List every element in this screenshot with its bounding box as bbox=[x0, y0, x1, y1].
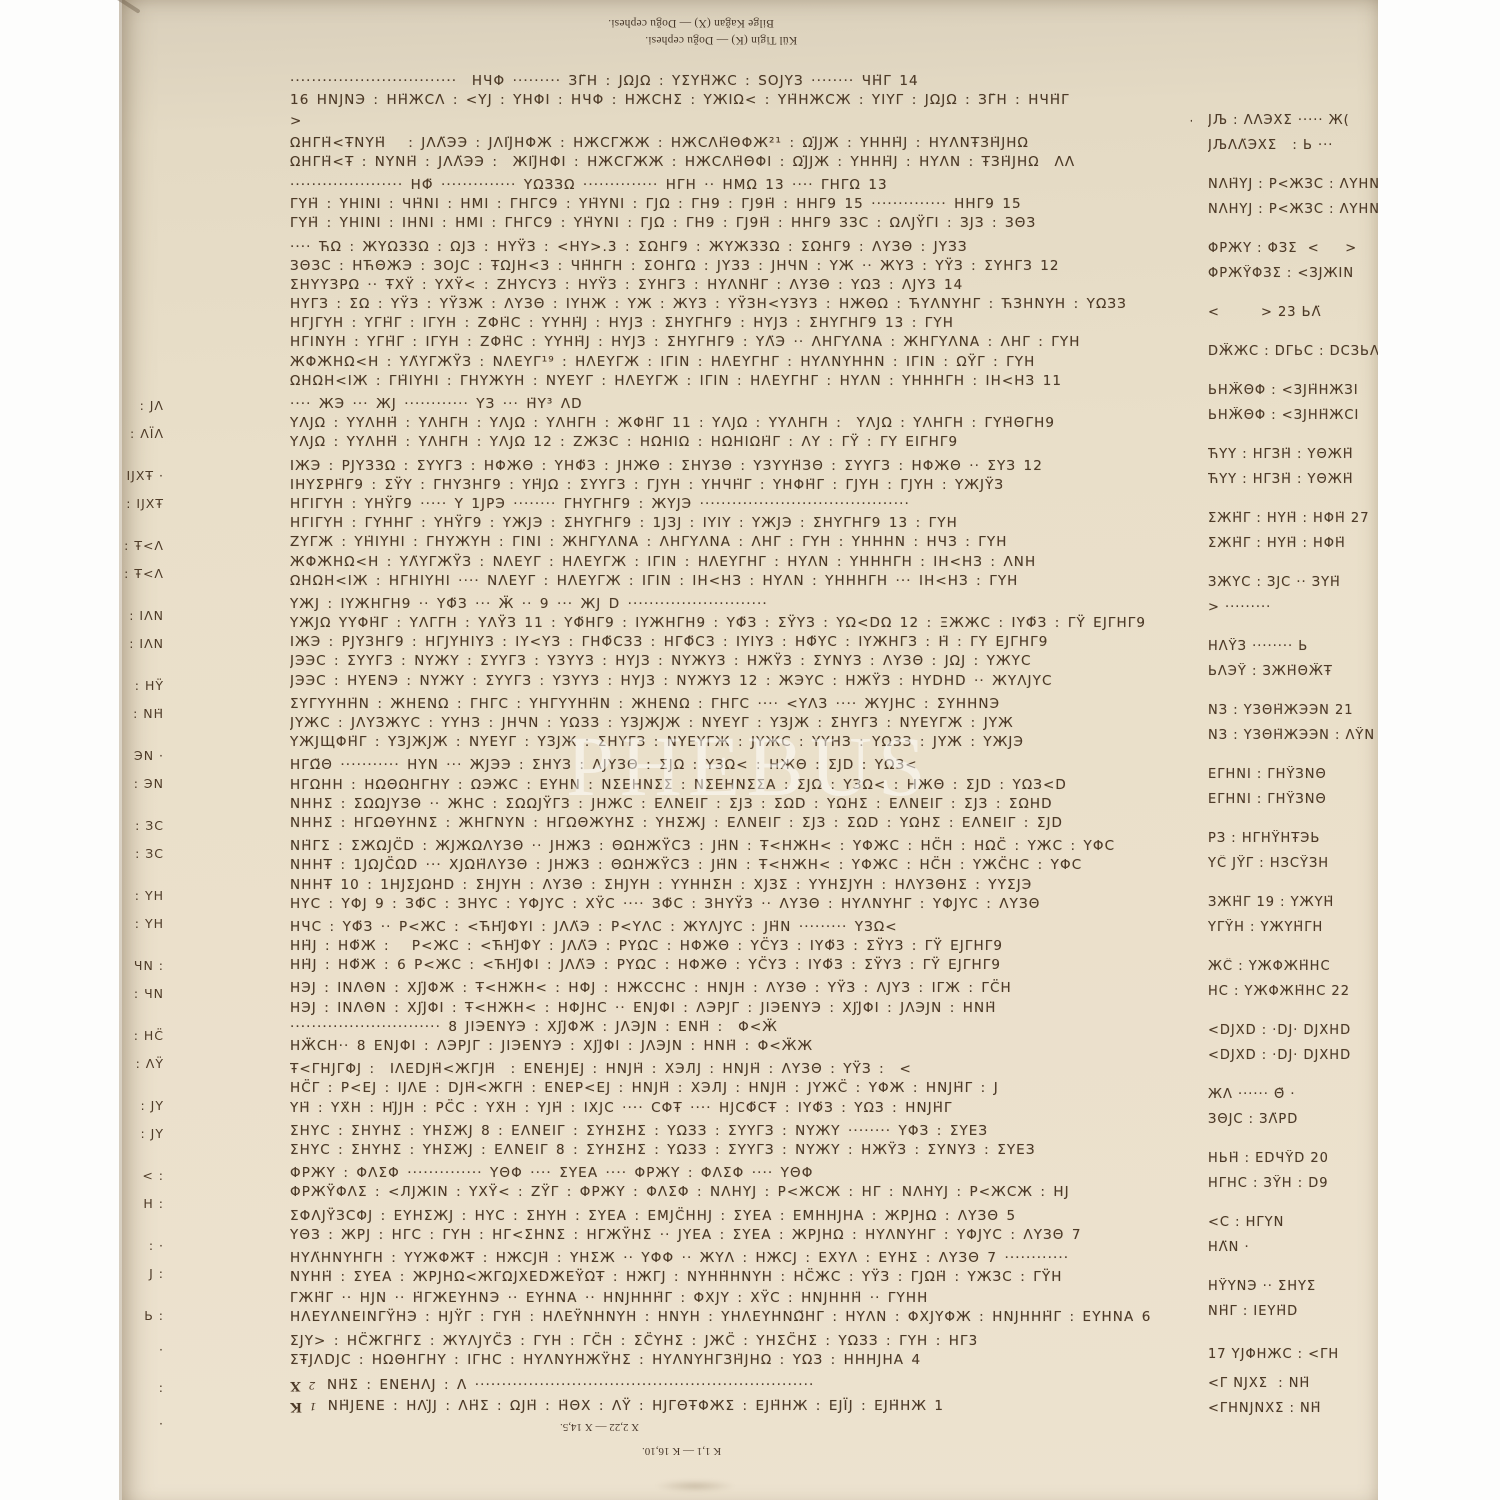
left-margin-fragment: : ΥΗ bbox=[110, 916, 164, 932]
runic-line: ΗΗ̈Ј : ΗΦ̈Ж : P<ЖС : <ЋΗЈ̈ΦY : ЈΛΛ̈Э : Ρ… bbox=[290, 937, 1192, 956]
runic-line-text: ΗС̈Γ : Ρ<ΕЈ : ΙЈΛΕ : DЈΗ̈<ЖΓΗ̈ : ΕΝΕΡ<ΕЈ… bbox=[290, 1080, 999, 1096]
runic-line: ΥЖЈ : ΙΥЖΗΓΗ9 ·· ΥΦ̈З ··· Ӝ ·· 9 ··· ЖЈ … bbox=[290, 595, 1192, 614]
right-margin-column: ЈЉ : ΛΛЭΧΣ ····· Ж( ЈЉΛΛ̈ЭΧΣ : Ь ··· ΝΛΗ… bbox=[1208, 112, 1378, 1417]
runic-line: ΣΥΓΥΥΗΗ̈Ν : ЖΗΕΝΩ : ΓΗΓС : ΥΗΓΥΥΗΗ̈Ν : Ж… bbox=[290, 695, 1192, 714]
runic-line-text: > < bbox=[290, 113, 1192, 129]
runic-line-text: ΣΗΥС : ΣΗΥΗΣ : ΥΗΣЖЈ 8 : ΕΛΝΕΙΓ : ΣΥΗΣΗΣ… bbox=[290, 1123, 988, 1139]
left-margin-column: : ЈΛ : ΛΪΛ ΙЈΧŦ · : ΙЈΧŦ : Ŧ<Λ : Ŧ<Λ : Ι… bbox=[110, 398, 164, 1432]
runic-line-text: ΣΦΛЈΫЗСΦЈ : ΕΥΗΣЖЈ : ΗΥС : ΣΗΥΗ : ΣΥΕΑ :… bbox=[290, 1208, 1016, 1224]
runic-line-text: ΗΓΙΓΥΗ : ΥΗΫΓ9 ····· Υ 1ЈΡЭ ········ ΓΗΥ… bbox=[290, 496, 910, 512]
left-margin-fragment: : bbox=[110, 1380, 164, 1396]
runic-line: ΗЭЈ : ΙΝΛΘΝ : ΧЈЈ̈ΦЖ : Ŧ<ΗЖΗ< : ΗΦЈ : ΗЖ… bbox=[290, 979, 1192, 998]
runic-line: ΝΗΗŦ : 1ЈΩЈС̈ΩD ··· ΧЈΩΗ̈ΛΥЗΘ : ЈΗЖЗ : Θ… bbox=[290, 856, 1192, 875]
inscription-letter: X bbox=[290, 1376, 301, 1395]
runic-line-text: ЖΦЖΗΩ<Η : ΥΛ̈ΥΓЖΫЗ : ΝΛΕΥΓ¹⁹ : ΗΛΕΥΓЖ : … bbox=[290, 354, 1035, 370]
runic-line: ΝΥΗΗ̈ : ΣΥΕΑ : ЖΡЈΗΩ<ЖΓΩЈΧΕDЖΕΫΩŦ : ΗЖΓЈ… bbox=[290, 1268, 1192, 1287]
runic-line: ΝΗΗŦ 10 : 1ΗЈΣЈΩΗD : ΣΗЈΥΗ : ΛΥЗΘ : ΣΗЈΥ… bbox=[290, 876, 1192, 895]
runic-line: ΗΛΕΥΛΝΕΙΝΓΫΗЭ : ΗЈΫΓ : ΓΥΗ̈ : ΗΛΕΫΝΗΝΥΗ … bbox=[290, 1308, 1192, 1327]
runic-line-text: ΗЭЈ : ΙΝΛΘΝ : ΧЈЈ̈ΦЖ : Ŧ<ΗЖΗ< : ΗΦЈ : ΗЖ… bbox=[290, 980, 1012, 996]
right-margin-fragment: ΣЖΗ̈Γ : ΗΥΗ̈ : ΗΦΗ̈ 27 bbox=[1208, 510, 1378, 527]
right-margin-fragment: ЈЉΛΛ̈ЭΧΣ : Ь ··· bbox=[1208, 137, 1378, 154]
right-margin-fragment: < > 23 ЬΛ̈ bbox=[1208, 304, 1378, 321]
left-margin-fragment: : ΙЈΧŦ bbox=[110, 496, 164, 512]
runic-line-text: ΗЭЈ : ΙΝΛΘΝ : ΧЈЈ̈ΦΙ : Ŧ<ΗЖΗ< : ΗΦЈΗС ··… bbox=[290, 1000, 996, 1016]
runic-line: ΩΗΩΗ<ΙЖ : ΗΓΗΙΥΗΙ ···· ΝΛΕΥΓ : ΗΛΕΥΓЖ : … bbox=[290, 572, 1192, 591]
runic-line: K1ΝΗ̈ЈΕΝΕ : ΗΛЈ̈Ј : ΛΗ̈Σ : ΩЈΗ̈ : Η̈ΘΧ :… bbox=[290, 1397, 1192, 1416]
runic-line-text: ΓЖΗ̈Γ ·· ΗЈΝ ·· Η̈ΓЖΕΥΗΝЭ ·· ΕΥΗΝΑ ·· ΗΝ… bbox=[290, 1290, 928, 1306]
runic-line-text: ΦΡЖΫΦΛΣ : <ЛЈЖΙΝ : ΥΧΫ< : ZΫΓ : ΦΡЖΥ : Φ… bbox=[290, 1184, 1070, 1200]
runic-line: ΗΓΙΓΥΗ : ΥΗΫΓ9 ····· Υ 1ЈΡЭ ········ ΓΗΥ… bbox=[290, 495, 1192, 514]
right-margin-fragment: <Γ ΝЈΧΣ : ΝΗ̈ bbox=[1208, 1375, 1378, 1392]
runic-line-text: ΩΗΩΗ<ΙЖ : ΗΓΗΙΥΗΙ ···· ΝΛΕΥΓ : ΗΛΕΥΓЖ : … bbox=[290, 573, 1018, 589]
runic-line: ZΥΓЖ : ΥΗ̈ΙΥΗΙ : ΓΗΥЖΥΗ : ΓΙΝΙ : ЖΗΓΥΛΝΑ… bbox=[290, 533, 1192, 552]
runic-line: ΩΗΓΗ̈<Ŧ : ΝΥΝΗ̈ : ЈΛΛ̈ЭЭ : ЖΙЈ̈ΗΦΙ : ΗЖC… bbox=[290, 153, 1192, 172]
left-margin-fragment: Η : bbox=[110, 1196, 164, 1212]
runic-line-text: ΣΥΓΥΥΗΗ̈Ν : ЖΗΕΝΩ : ΓΗΓС : ΥΗΓΥΥΗΗ̈Ν : Ж… bbox=[290, 696, 1000, 712]
left-margin-fragment: : ЗС bbox=[110, 818, 164, 834]
runic-line: ΥΘЗ : ЖΡЈ : ΗΓС : ΓΥΗ : ΗΓ<ΣΗΝΣ : ΗΓЖΫΗΣ… bbox=[290, 1226, 1192, 1245]
runic-line-text: ΙЖЭ : ΡЈΥЗЗΩ : ΣΥΥΓЗ : ΗΦЖΘ : ΥΗΦ̈З : ЈΗ… bbox=[290, 458, 1043, 474]
runic-line: ΗΥС : ΥΦЈ 9 : ЗΦ̈С : ЗΗΥС : ΥΦЈΥС : ΧΫС … bbox=[290, 895, 1192, 914]
runic-line-text: ΗЧС : ΥΦ̈З ·· P<ЖС : <ЋΗЈ̈ΦΥΙ : ЈΛΛ̈Э : … bbox=[290, 919, 898, 935]
runic-line: ΣΦΛЈΫЗСΦЈ : ΕΥΗΣЖЈ : ΗΥС : ΣΗΥΗ : ΣΥΕΑ :… bbox=[290, 1207, 1192, 1226]
runic-line: ···· ЋΩ : ЖΥΩЗЗΩ : ΩЈЗ : ΗΥΫЗ : <ΗΥ>.3 :… bbox=[290, 238, 1192, 257]
runic-line-text: ΝΗ̈Σ : ΕΝΕΗΛЈ : Λ ······················… bbox=[327, 1377, 814, 1393]
runic-line: ΩΗΓΗ̈<ŦΝΥΗ̈ : ЈΛΛ̈ЭЭ : ЈΛΙЈ̈ΗΦЖ : ΗЖCΓЖЖ… bbox=[290, 134, 1192, 153]
left-margin-fragment: Ь : bbox=[110, 1308, 164, 1324]
runic-line-text: ΝΗΗŦ : 1ЈΩЈС̈ΩD ··· ΧЈΩΗ̈ΛΥЗΘ : ЈΗЖЗ : Θ… bbox=[290, 857, 1082, 873]
watermark: PHEBUS bbox=[566, 716, 932, 816]
right-margin-fragment: <С : ΗΓΥΝ bbox=[1208, 1214, 1378, 1231]
right-margin-fragment: ΗΓΗС : ЗΫΗ : D9 bbox=[1208, 1175, 1378, 1192]
runic-line-text: ΦΡЖΥ : ΦΛΣΦ ·············· ΥΘΦ ···· ΣΥΕΑ… bbox=[290, 1165, 813, 1181]
left-margin-fragment: : ΝΗ̈ bbox=[110, 706, 164, 722]
right-margin-fragment: ΗС : ΥЖΦЖΗ̈ΗС 22 bbox=[1208, 983, 1378, 1000]
left-margin-fragment: : ΙΛΝ bbox=[110, 636, 164, 652]
runic-line-text: ΝΗΗΣ : ΗΓΩΘΥΗΝΣ : ЖΗΓΝΥΝ : ΗΓΩΘЖΥΗΣ : ΥΗ… bbox=[290, 815, 1063, 831]
scanned-page: Bilge Kağan (X) — Doğu cephesi. Kül Tigi… bbox=[0, 0, 1500, 1500]
left-margin-fragment: : · bbox=[110, 1238, 164, 1254]
runic-line-text: ЈЭЭС : ΣΥΥΓЗ : ΝΥЖΥ : ΣΥΥΓЗ : ΥЗΥΥЗ : ΗΥ… bbox=[290, 653, 1031, 669]
left-margin-fragment: : Ŧ<Λ bbox=[110, 538, 164, 554]
right-margin-fragment: ΕΓΗΝΙ : ΓΗΫЗΝΘ bbox=[1208, 766, 1378, 783]
right-margin-fragment: ΗЬΗ̈ : ΕDЧΫD 20 bbox=[1208, 1150, 1378, 1167]
runic-line-text: ΗΗ̈Ј : ΗΦ̈Ж : 6 P<ЖС : <ЋΗЈ̈ΦΙ : ЈΛΛ̈Э :… bbox=[290, 957, 1001, 973]
left-margin-fragment: : ЈΥ bbox=[110, 1126, 164, 1142]
right-margin-fragment: ΦΡЖΫΦЗΣ : <ЗЈЖΙΝ bbox=[1208, 265, 1378, 282]
runic-line: ΣŦЈΛDЈС : ΗΩΘΗΓΗΥ : ΙΓΗС : ΗΥΛΝΥΗЖΫΗΣ : … bbox=[290, 1351, 1192, 1370]
runic-line: ΗС̈Γ : Ρ<ΕЈ : ΙЈΛΕ : DЈΗ̈<ЖΓΗ̈ : ΕΝΕΡ<ΕЈ… bbox=[290, 1079, 1192, 1098]
right-margin-fragment: ΥΓΫΗ : ΥЖΥΗ̈ΓΗ bbox=[1208, 919, 1378, 936]
runic-line-text: ЖΦЖΗΩ<Η : ΥΛ̈ΥΓЖΫЗ : ΝΛΕΥΓ : ΗΛΕΥΓЖ : ΙΓ… bbox=[290, 554, 1036, 570]
runic-line: ΓЖΗ̈Γ ·· ΗЈΝ ·· Η̈ΓЖΕΥΗΝЭ ·· ΕΥΗΝΑ ·· ΗΝ… bbox=[290, 1289, 1192, 1308]
runic-line: ΝΗΗΣ : ΗΓΩΘΥΗΝΣ : ЖΗΓΝΥΝ : ΗΓΩΘЖΥΗΣ : ΥΗ… bbox=[290, 814, 1192, 833]
runic-line-text: ΥΛЈΩ : ΥΥΛΗΗ̈ : ΥΛΗΓΗ : ΥΛЈΩ 12 : ZЖЗС :… bbox=[290, 434, 958, 450]
runic-line: ΦΡЖΫΦΛΣ : <ЛЈЖΙΝ : ΥΧΫ< : ZΫΓ : ΦΡЖΥ : Φ… bbox=[290, 1183, 1192, 1202]
right-margin-fragment: ΗΛΫЗ ········ Ь bbox=[1208, 638, 1378, 655]
right-margin-fragment: ΡЗ : ΗΓΗΫΗŦЭЬ bbox=[1208, 830, 1378, 847]
runic-line: ΓΥΗ̈ : ΥΗΙΝΙ : ЧΗ̈ΝΙ : ΗΜΙ : ΓΗΓC9 : ΥΗ̈… bbox=[290, 195, 1192, 214]
runic-line: ЖΦЖΗΩ<Η : ΥΛ̈ΥΓЖΫЗ : ΝΛΕΥΓ : ΗΛΕΥΓЖ : ΙΓ… bbox=[290, 553, 1192, 572]
caption-bilge-kagan: Bilge Kağan (X) — Doğu cephesi. bbox=[608, 17, 774, 29]
paper-smudge bbox=[655, 1480, 735, 1492]
runic-line: ΙЖЭ : ΡЈΥЗЗΩ : ΣΥΥΓЗ : ΗΦЖΘ : ΥΗΦ̈З : ЈΗ… bbox=[290, 457, 1192, 476]
left-margin-fragment: : ΥΗ bbox=[110, 888, 164, 904]
runic-line-text: ΝΗ̈ΓΣ : ΣЖΩЈС̈D : ЖЈЖΩΛΥЗΘ ·· ЈΗЖЗ : ΘΩΗ… bbox=[290, 838, 1115, 854]
right-margin-fragment: ΥС̈ ЈΫΓ : ΗЗСΫЗΗ bbox=[1208, 855, 1378, 872]
runic-line: ΗΓЈΓΥΗ : ΥΓΗ̈Γ : ΙΓΥΗ : ZΦΗ̈C : ΥΥΗΗ̈Ј :… bbox=[290, 314, 1192, 333]
runic-line: ΣΗΥС : ΣΗΥΗΣ : ΥΗΣЖЈ : ΕΛΝΕΙΓ 8 : ΣΥΗΣΗΣ… bbox=[290, 1141, 1192, 1160]
right-margin-fragment: ΝЗ : ΥЗΘΗ̈ЖЭЭΝ : ΛΫΝ bbox=[1208, 727, 1378, 744]
left-margin-fragment: : ΗΫ bbox=[110, 678, 164, 694]
runic-line: ΥΛЈΩ : ΥΥΛΗΗ̈ : ΥΛΗΓΗ : ΥΛЈΩ : ΥΛΗΓΗ : Ж… bbox=[290, 414, 1192, 433]
runic-line-text: ΗΓΙΓΥΗ : ΓΥΗΗΓ : ΥΗΫΓ9 : ΥЖЈЭ : ΣΗΥΓΗΓ9 … bbox=[290, 515, 958, 531]
runic-line: ЈЭЭС : ΣΥΥΓЗ : ΝΥЖΥ : ΣΥΥΓЗ : ΥЗΥΥЗ : ΗΥ… bbox=[290, 652, 1192, 671]
left-margin-fragment: : ΛΫ bbox=[110, 1056, 164, 1072]
left-margin-fragment: · bbox=[110, 1342, 164, 1358]
runic-line: > < bbox=[290, 112, 1192, 131]
right-margin-fragment: ΦΡЖΥ : ΦЗΣ < > bbox=[1208, 240, 1378, 257]
runic-line-text: ΝΥΗΗ̈ : ΣΥΕΑ : ЖΡЈΗΩ<ЖΓΩЈΧΕDЖΕΫΩŦ : ΗЖΓЈ… bbox=[290, 1269, 1062, 1285]
runic-line-text: ΗΥΓЗ : ΣΩ : ΥΫЗ : ΥΫЗЖ : ΛΥЗΘ : ΙΥΗЖ : Υ… bbox=[290, 296, 1127, 312]
runic-line: X2ΝΗ̈Σ : ΕΝΕΗΛЈ : Λ ····················… bbox=[290, 1376, 1192, 1395]
runic-line: ΩΗΩΗ<ΙЖ : ΓΗ̈ΙΥΗΙ : ΓΗΥЖΥΗ : ΝΥΕΥΓ : ΗΛΕ… bbox=[290, 372, 1192, 391]
runic-line: ΥΗ̈ : ΥΧ̈Η : ΗЈ̈ЈΗ : ΡС̈С : ΥΧ̈Η : ΥЈΗ̈ … bbox=[290, 1099, 1192, 1118]
runic-line: ΣΗΥС : ΣΗΥΗΣ : ΥΗΣЖЈ 8 : ΕΛΝΕΙΓ : ΣΥΗΣΗΣ… bbox=[290, 1122, 1192, 1141]
runic-line: ···· ЖЭ ··· ЖЈ ············ ΥЗ ··· Η̈Υ³ … bbox=[290, 395, 1192, 414]
left-margin-fragment: : ЧΝ bbox=[110, 986, 164, 1002]
runic-line: ···························· 8 ЈΙЭΕΝΥЭ :… bbox=[290, 1018, 1192, 1037]
runic-line-text: ΓΥΗ̈ : ΥΗΙΝΙ : ΙΗΝΙ : ΗΜΙ : ΓΗΓC9 : ΥΗ̈Υ… bbox=[290, 215, 1036, 231]
left-margin-fragment: : ЈΥ bbox=[110, 1098, 164, 1114]
runic-line-text: ···························· 8 ЈΙЭΕΝΥЭ :… bbox=[290, 1019, 778, 1035]
right-margin-fragment: ЖΛ ······ Θ̈ · bbox=[1208, 1086, 1378, 1103]
inscription-letter: K bbox=[290, 1397, 302, 1416]
runic-line: ΦΡЖΥ : ΦΛΣΦ ·············· ΥΘΦ ···· ΣΥΕΑ… bbox=[290, 1164, 1192, 1183]
runic-line-text: ΗΓΙΝΥΗ : ΥΓΗ̈Γ : ΙΓΥΗ : ZΦΗ̈C : ΥΥΗΗ̈Ј :… bbox=[290, 334, 1081, 350]
runic-line: ΣЈΥ> : ΗС̈ЖΓΗ̈ΓΣ : ЖΥΛЈΥС̈З : ΓΥΗ : ΓС̈Η… bbox=[290, 1332, 1192, 1351]
runic-line-text: ΓΥΗ̈ : ΥΗΙΝΙ : ЧΗ̈ΝΙ : ΗΜΙ : ΓΗΓC9 : ΥΗ̈… bbox=[290, 196, 1022, 212]
left-margin-fragment: : ΛΪΛ bbox=[110, 426, 164, 442]
left-margin-fragment: : ЈΛ bbox=[110, 398, 164, 414]
runic-line: ЈЭЭС : ΗΥΕΝЭ : ΝΥЖΥ : ΣΥΥΓЗ : ΥЗΥΥЗ : ΗΥ… bbox=[290, 672, 1192, 691]
right-margin-fragment: ЬΗӜΘΦ : <ЗЈΗ̈ΗЖЗΙ bbox=[1208, 382, 1378, 399]
right-margin-fragment: ΕΓΗΝΙ : ΓΗΫЗΝΘ bbox=[1208, 791, 1378, 808]
left-margin-fragment: : ΙΛΝ bbox=[110, 608, 164, 624]
right-margin-fragment: ЋΥΥ : ΗΓЗΗ̈ : ΥΘЖΗ̈ bbox=[1208, 446, 1378, 463]
caption-kul-tigin: Kül Tigin (K) — Doğu cephesi. bbox=[645, 34, 797, 46]
runic-line: ΗЭЈ : ΙΝΛΘΝ : ΧЈЈ̈ΦΙ : Ŧ<ΗЖΗ< : ΗΦЈΗС ··… bbox=[290, 999, 1192, 1018]
runic-line-text: ΥΘЗ : ЖΡЈ : ΗΓС : ΓΥΗ : ΗΓ<ΣΗΝΣ : ΗΓЖΫΗΣ… bbox=[290, 1227, 1082, 1243]
runic-line: ΥЖЈΩ ΥΥΦΗ̈Γ : ΥΛΓΓΗ : ΥΛΫЗ 11 : ΥΦ̈ΗΓ9 :… bbox=[290, 614, 1192, 633]
runic-line-text: ΥЖЈ : ΙΥЖΗΓΗ9 ·· ΥΦ̈З ··· Ӝ ·· 9 ··· ЖЈ … bbox=[290, 596, 768, 612]
right-margin-fragment: ЋΥΥ : ΗΓЗΗ̈ : ΥΘЖΗ̈ bbox=[1208, 471, 1378, 488]
right-margin-fragment: ΗΫΥΝЭ ·· ΣΗΥΣ bbox=[1208, 1278, 1378, 1295]
runic-line: ΗΗ̈Ј : ΗΦ̈Ж : 6 P<ЖС : <ЋΗЈ̈ΦΙ : ЈΛΛ̈Э :… bbox=[290, 956, 1192, 975]
right-margin-fragment: ΣЖΗ̈Γ : ΗΥΗ̈ : ΗΦΗ̈ bbox=[1208, 535, 1378, 552]
runic-line-text: Ŧ<ΓΗЈΓΦЈ : ΙΛΕDЈΗ̈<ЖΓЈΗ̈ : ΕΝΕΗЈΕЈ : ΗΝЈ… bbox=[290, 1061, 912, 1077]
runic-line: ΗΓΙΝΥΗ : ΥΓΗ̈Γ : ΙΓΥΗ : ZΦΗ̈C : ΥΥΗΗ̈Ј :… bbox=[290, 333, 1192, 352]
right-margin-fragment: ЗΘЈС : ЗΛ̈ΡD bbox=[1208, 1111, 1378, 1128]
right-margin-fragment: ΗΛ̈Ν · bbox=[1208, 1239, 1378, 1256]
runic-line-text: 16 ΗΝЈΝЭ : ΗΗ̈ЖCΛ : <ΥЈ : ΥΗΦΙ : ΗЧΦ : Η… bbox=[290, 92, 1070, 108]
runic-line: ΗΓΙΓΥΗ : ΓΥΗΗΓ : ΥΗΫΓ9 : ΥЖЈЭ : ΣΗΥΓΗΓ9 … bbox=[290, 514, 1192, 533]
left-margin-fragment: ЧΝ : bbox=[110, 958, 164, 974]
right-margin-fragment: <DЈΧD : ·DЈ· DЈΧΗD bbox=[1208, 1047, 1378, 1064]
left-margin-fragment: ЭΝ · bbox=[110, 748, 164, 764]
runic-line-text: ΥЖЈΩ ΥΥΦΗ̈Γ : ΥΛΓΓΗ : ΥΛΫЗ 11 : ΥΦ̈ΗΓ9 :… bbox=[290, 615, 1146, 631]
runic-line-text: ····················· ΗΦ̈ ··············… bbox=[290, 177, 888, 193]
left-margin-fragment: Ј : bbox=[110, 1266, 164, 1282]
right-margin-fragment: ΝΛΗΥЈ : Ρ<ЖЗС : ΛΥΗΝ bbox=[1208, 201, 1378, 218]
runic-line-text: ZΥΓЖ : ΥΗ̈ΙΥΗΙ : ΓΗΥЖΥΗ : ΓΙΝΙ : ЖΗΓΥΛΝΑ… bbox=[290, 534, 1008, 550]
runic-line: ΙΗΥΣΡΗ̈Γ9 : ΣΫΥ : ΓΗΥЗΗΓ9 : ΥΗ̈ЈΩ : ΣΥΥΓ… bbox=[290, 476, 1192, 495]
runic-line: ΣΗΥΥЗΡΩ ·· ŦΧΫ : ΥΧΫ< : ZΗΥCΥЗ : ΗΥΫЗ : … bbox=[290, 276, 1192, 295]
runic-line: Ŧ<ΓΗЈΓΦЈ : ΙΛΕDЈΗ̈<ЖΓЈΗ̈ : ΕΝΕΗЈΕЈ : ΗΝЈ… bbox=[290, 1060, 1192, 1079]
runic-line-text: ···· ЖЭ ··· ЖЈ ············ ΥЗ ··· Η̈Υ³ … bbox=[290, 396, 583, 412]
inscription-mark: K1 bbox=[290, 1397, 316, 1416]
left-margin-fragment: : ΗС̈ bbox=[110, 1028, 164, 1044]
runic-line-text: ΣŦЈΛDЈС : ΗΩΘΗΓΗΥ : ΙΓΗС : ΗΥΛΝΥΗЖΫΗΣ : … bbox=[290, 1352, 921, 1368]
right-margin-fragment: ЬΗӜΘΦ : <ЗЈΗΗ̈ЖСΙ bbox=[1208, 407, 1378, 424]
runic-line-text: ···· ЋΩ : ЖΥΩЗЗΩ : ΩЈЗ : ΗΥΫЗ : <ΗΥ>.3 :… bbox=[290, 239, 968, 255]
runic-line-text: ΗӜСΗ·· 8 ΕΝЈΦΙ : ΛЭΡЈΓ : ЈΙЭΕΝΥЭ : ΧЈЈ̈Φ… bbox=[290, 1038, 813, 1054]
right-margin-fragment: 17 ΥЈΦΗЖС : <ΓΗ bbox=[1208, 1346, 1378, 1363]
runic-line: ΝΗ̈ΓΣ : ΣЖΩЈС̈D : ЖЈЖΩΛΥЗΘ ·· ЈΗЖЗ : ΘΩΗ… bbox=[290, 837, 1192, 856]
runic-line: ΗΥΓЗ : ΣΩ : ΥΫЗ : ΥΫЗЖ : ΛΥЗΘ : ΙΥΗЖ : Υ… bbox=[290, 295, 1192, 314]
runic-line-text: ΝΗ̈ЈΕΝΕ : ΗΛЈ̈Ј : ΛΗ̈Σ : ΩЈΗ̈ : Η̈ΘΧ : Λ… bbox=[328, 1398, 944, 1414]
runic-line-text: ΗΛΕΥΛΝΕΙΝΓΫΗЭ : ΗЈΫΓ : ΓΥΗ̈ : ΗΛΕΫΝΗΝΥΗ … bbox=[290, 1309, 1151, 1325]
runic-line-text: ΥΗ̈ : ΥΧ̈Η : ΗЈ̈ЈΗ : ΡС̈С : ΥΧ̈Η : ΥЈΗ̈ … bbox=[290, 1100, 953, 1116]
runic-line-text: ΙΗΥΣΡΗ̈Γ9 : ΣΫΥ : ΓΗΥЗΗΓ9 : ΥΗ̈ЈΩ : ΣΥΥΓ… bbox=[290, 477, 1004, 493]
runic-line: 16 ΗΝЈΝЭ : ΗΗ̈ЖCΛ : <ΥЈ : ΥΗΦΙ : ΗЧΦ : Η… bbox=[290, 91, 1192, 110]
runic-line: ЗΘЗС : ΗЋΘЖЭ : ЗΟЈС : ŦΩЈΗ<З : ЧΗ̈ΗΓΗ : … bbox=[290, 257, 1192, 276]
left-margin-fragment: ΙЈΧŦ · bbox=[110, 468, 164, 484]
right-margin-fragment: DӜЖС : DΓЬС : DСЗЬΛ bbox=[1208, 343, 1378, 360]
runic-line-text: ЈЭЭС : ΗΥΕΝЭ : ΝΥЖΥ : ΣΥΥΓЗ : ΥЗΥΥЗ : ΗΥ… bbox=[290, 673, 1052, 689]
runic-line-text: ······························· ΗЧΦ ····… bbox=[290, 73, 919, 89]
runic-line-text: ΥΛЈΩ : ΥΥΛΗΗ̈ : ΥΛΗΓΗ : ΥΛЈΩ : ΥΛΗΓΗ : Ж… bbox=[290, 415, 1055, 431]
inscription-line-number: 2 bbox=[308, 1376, 315, 1395]
right-margin-fragment: ΝΗ̈Γ : ΙΕΥΗ̈D bbox=[1208, 1303, 1378, 1320]
runic-line-text: ΗΗ̈Ј : ΗΦ̈Ж : P<ЖС : <ЋΗЈ̈ΦY : ЈΛΛ̈Э : Ρ… bbox=[290, 938, 1003, 954]
right-margin-fragment: ΝΛΗ̈ΥЈ : Ρ<ЖЗС : ΛΥΗΝ bbox=[1208, 176, 1378, 193]
left-margin-fragment: : ЗС bbox=[110, 846, 164, 862]
runic-line-text: ΣЈΥ> : ΗС̈ЖΓΗ̈ΓΣ : ЖΥΛЈΥС̈З : ΓΥΗ : ΓС̈Η… bbox=[290, 1333, 978, 1349]
right-margin-fragment: ЈЉ : ΛΛЭΧΣ ····· Ж( bbox=[1208, 112, 1378, 129]
runic-line-text: ΩΗΩΗ<ΙЖ : ΓΗ̈ΙΥΗΙ : ΓΗΥЖΥΗ : ΝΥΕΥΓ : ΗΛΕ… bbox=[290, 373, 1062, 389]
runic-line: ЖΦЖΗΩ<Η : ΥΛ̈ΥΓЖΫЗ : ΝΛΕΥΓ¹⁹ : ΗΛΕΥΓЖ : … bbox=[290, 353, 1192, 372]
right-margin-fragment: > ········· bbox=[1208, 599, 1378, 616]
runic-line: ΗЧС : ΥΦ̈З ·· P<ЖС : <ЋΗЈ̈ΦΥΙ : ЈΛΛ̈Э : … bbox=[290, 918, 1192, 937]
runic-line-text: ΙЖЭ : ΡЈΥЗΗΓ9 : ΗΓЈΥΗΙΥЗ : ΙΥ<ΥЗ : ΓΗΦ̈С… bbox=[290, 634, 1048, 650]
right-margin-fragment: ЖС̈ : ΥЖΦЖΗ̈ΗС bbox=[1208, 958, 1378, 975]
runic-line-text: ΗΥС : ΥΦЈ 9 : ЗΦ̈С : ЗΗΥС : ΥΦЈΥС : ΧΫС … bbox=[290, 896, 1040, 912]
right-margin-fragment: ЗЖΥС : ЗЈС ·· ЗΥΗ̈ bbox=[1208, 574, 1378, 591]
right-margin-fragment: <DЈΧD : ·DЈ· DЈΧΗD bbox=[1208, 1022, 1378, 1039]
right-margin-fragment: ЬΛЭΫ : ЗЖΗ̈ΘӜŦ bbox=[1208, 663, 1378, 680]
runic-line-text: ΗΥΛ̈ΗΝΥΗΓΗ : ΥΥЖΦЖŦ : ΗЖСЈΗ̈ : ΥΗΣЖ ·· Υ… bbox=[290, 1250, 1069, 1266]
runic-line: ······························· ΗЧΦ ····… bbox=[290, 72, 1192, 91]
inscription-mark: X2 bbox=[290, 1376, 315, 1395]
runic-line-text: ЗΘЗС : ΗЋΘЖЭ : ЗΟЈС : ŦΩЈΗ<З : ЧΗ̈ΗΓΗ : … bbox=[290, 258, 1060, 274]
label-k-range: K 1,1 — K 16,10. bbox=[642, 1445, 721, 1457]
left-margin-fragment: · bbox=[110, 1416, 164, 1432]
runic-line: ΗӜСΗ·· 8 ΕΝЈΦΙ : ΛЭΡЈΓ : ЈΙЭΕΝΥЭ : ΧЈЈ̈Φ… bbox=[290, 1037, 1192, 1056]
runic-line: ····················· ΗΦ̈ ··············… bbox=[290, 176, 1192, 195]
runic-line-text: ΣΗΥΥЗΡΩ ·· ŦΧΫ : ΥΧΫ< : ZΗΥCΥЗ : ΗΥΫЗ : … bbox=[290, 277, 963, 293]
runic-line: ΥΛЈΩ : ΥΥΛΗΗ̈ : ΥΛΗΓΗ : ΥΛЈΩ 12 : ZЖЗС :… bbox=[290, 433, 1192, 452]
inscription-line-number: 1 bbox=[309, 1397, 316, 1416]
right-margin-fragment: ΝЗ : ΥЗΘΗ̈ЖЭЭΝ 21 bbox=[1208, 702, 1378, 719]
runic-line-text: ΩΗΓΗ̈<Ŧ : ΝΥΝΗ̈ : ЈΛΛ̈ЭЭ : ЖΙЈ̈ΗΦΙ : ΗЖC… bbox=[290, 154, 1075, 170]
runic-line-text: ΣΗΥС : ΣΗΥΗΣ : ΥΗΣЖЈ : ΕΛΝΕΙΓ 8 : ΣΥΗΣΗΣ… bbox=[290, 1142, 1036, 1158]
runic-line: ΓΥΗ̈ : ΥΗΙΝΙ : ΙΗΝΙ : ΗΜΙ : ΓΗΓC9 : ΥΗ̈Υ… bbox=[290, 214, 1192, 233]
right-margin-fragment: ЗЖΗ̈Γ 19 : ΥЖΥΗ̈ bbox=[1208, 894, 1378, 911]
left-margin-fragment: < : bbox=[110, 1168, 164, 1184]
right-margin-fragment: <ΓΗΝЈΝΧΣ : ΝΗ̈ bbox=[1208, 1400, 1378, 1417]
runic-line-text: ΝΗΗŦ 10 : 1ΗЈΣЈΩΗD : ΣΗЈΥΗ : ΛΥЗΘ : ΣΗЈΥ… bbox=[290, 877, 1032, 893]
runic-line-text: ΗΓЈΓΥΗ : ΥΓΗ̈Γ : ΙΓΥΗ : ZΦΗ̈C : ΥΥΗΗ̈Ј :… bbox=[290, 315, 954, 331]
runic-line: ΙЖЭ : ΡЈΥЗΗΓ9 : ΗΓЈΥΗΙΥЗ : ΙΥ<ΥЗ : ΓΗΦ̈С… bbox=[290, 633, 1192, 652]
left-margin-fragment: : Ŧ<Λ bbox=[110, 566, 164, 582]
left-margin-fragment: : ЭΝ bbox=[110, 776, 164, 792]
runic-line-text: ΩΗΓΗ̈<ŦΝΥΗ̈ : ЈΛΛ̈ЭЭ : ЈΛΙЈ̈ΗΦЖ : ΗЖCΓЖЖ… bbox=[290, 135, 1029, 151]
runic-line: ΗΥΛ̈ΗΝΥΗΓΗ : ΥΥЖΦЖŦ : ΗЖСЈΗ̈ : ΥΗΣЖ ·· Υ… bbox=[290, 1249, 1192, 1268]
label-x-range: X 2,22 — X 14,5. bbox=[560, 1421, 639, 1433]
